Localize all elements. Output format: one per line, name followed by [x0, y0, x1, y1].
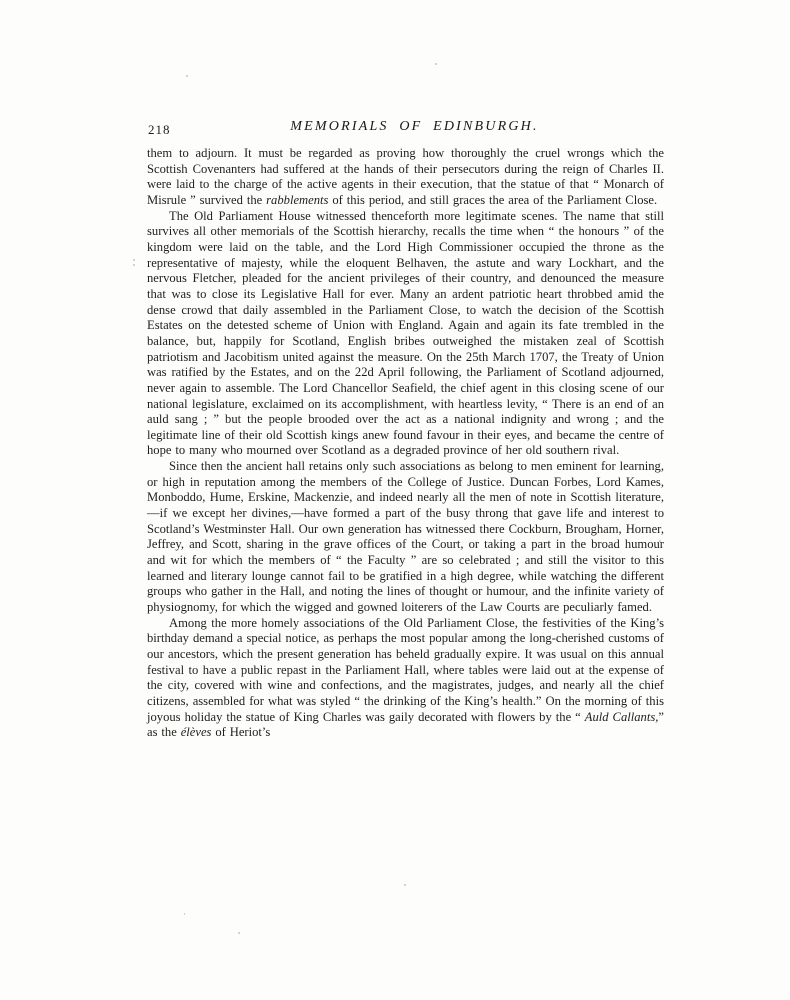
running-title: MEMORIALS OF EDINBURGH. — [147, 119, 664, 135]
scan-speck — [133, 264, 135, 266]
scan-speck — [184, 913, 185, 915]
scan-speck — [133, 259, 135, 261]
page-header: 218 MEMORIALS OF EDINBURGH. — [147, 119, 664, 139]
paragraph: The Old Parliament House witnessed thenc… — [147, 209, 664, 460]
paragraph: Since then the ancient hall retains only… — [147, 459, 664, 616]
scan-speck — [404, 884, 406, 886]
book-page: 218 MEMORIALS OF EDINBURGH. them to adjo… — [0, 0, 790, 1000]
scan-speck — [238, 932, 240, 934]
page-number: 218 — [148, 122, 171, 138]
scan-speck — [659, 540, 661, 542]
page-body: them to adjourn. It must be regarded as … — [147, 146, 664, 741]
scan-speck — [186, 75, 188, 77]
scan-speck — [435, 63, 437, 65]
paragraph: them to adjourn. It must be regarded as … — [147, 146, 664, 209]
paragraph: Among the more homely associations of th… — [147, 616, 664, 741]
